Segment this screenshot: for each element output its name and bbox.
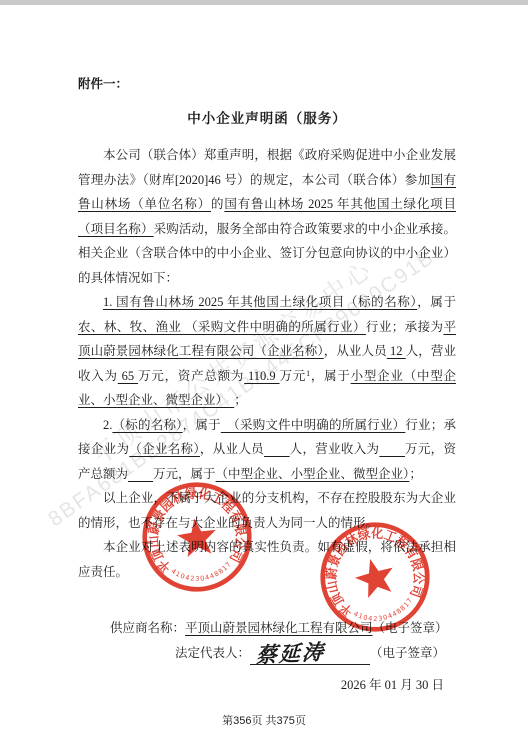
supplier-label: 供应商名称： (110, 621, 185, 635)
svg-text:4104230448817: 4104230448817 (351, 594, 418, 629)
star-icon (351, 554, 398, 600)
declaration-paragraph-2: 1. 国有鲁山林场 2025 年其他国土绿化项目（标的名称），属于农、林、牧、渔… (78, 290, 456, 413)
handwritten-signature: 蔡延涛 (250, 644, 326, 664)
company-seal-stamp: 平顶山蔚景园林绿化工程有限公司 4104230448817 (134, 474, 260, 600)
document-page: 平顶山市公共资源交易中心 8BFA681BE2874C41BA445CF8960… (0, 0, 528, 753)
declaration-paragraph-1: 本公司（联合体）郑重声明，根据《政府采购促进中小企业发展管理办法》（财库[202… (78, 143, 456, 290)
star-icon (175, 516, 219, 558)
attachment-label: 附件一： (78, 72, 456, 97)
signature-underline: 蔡延涛 (250, 645, 370, 665)
legal-representative-line: 法定代表人：蔡延涛（电子签章） (78, 641, 456, 666)
declaration-paragraph-3: 2.（标的名称），属于 （采购文件中明确的所属行业）行业；承接企业为（企业名称）… (78, 413, 456, 487)
page-number-footer: 第356页 共375页 (0, 712, 528, 728)
date-line: 2026 年 01 月 30 日 (78, 673, 456, 698)
scan-edge-strip (0, 0, 528, 5)
page-title: 中小企业声明函（服务） (78, 107, 456, 132)
rep-seal-note: （电子签章） (370, 646, 445, 660)
stamp-serial-number: 4104230448817 (351, 594, 418, 629)
legal-rep-label: 法定代表人： (175, 646, 250, 660)
